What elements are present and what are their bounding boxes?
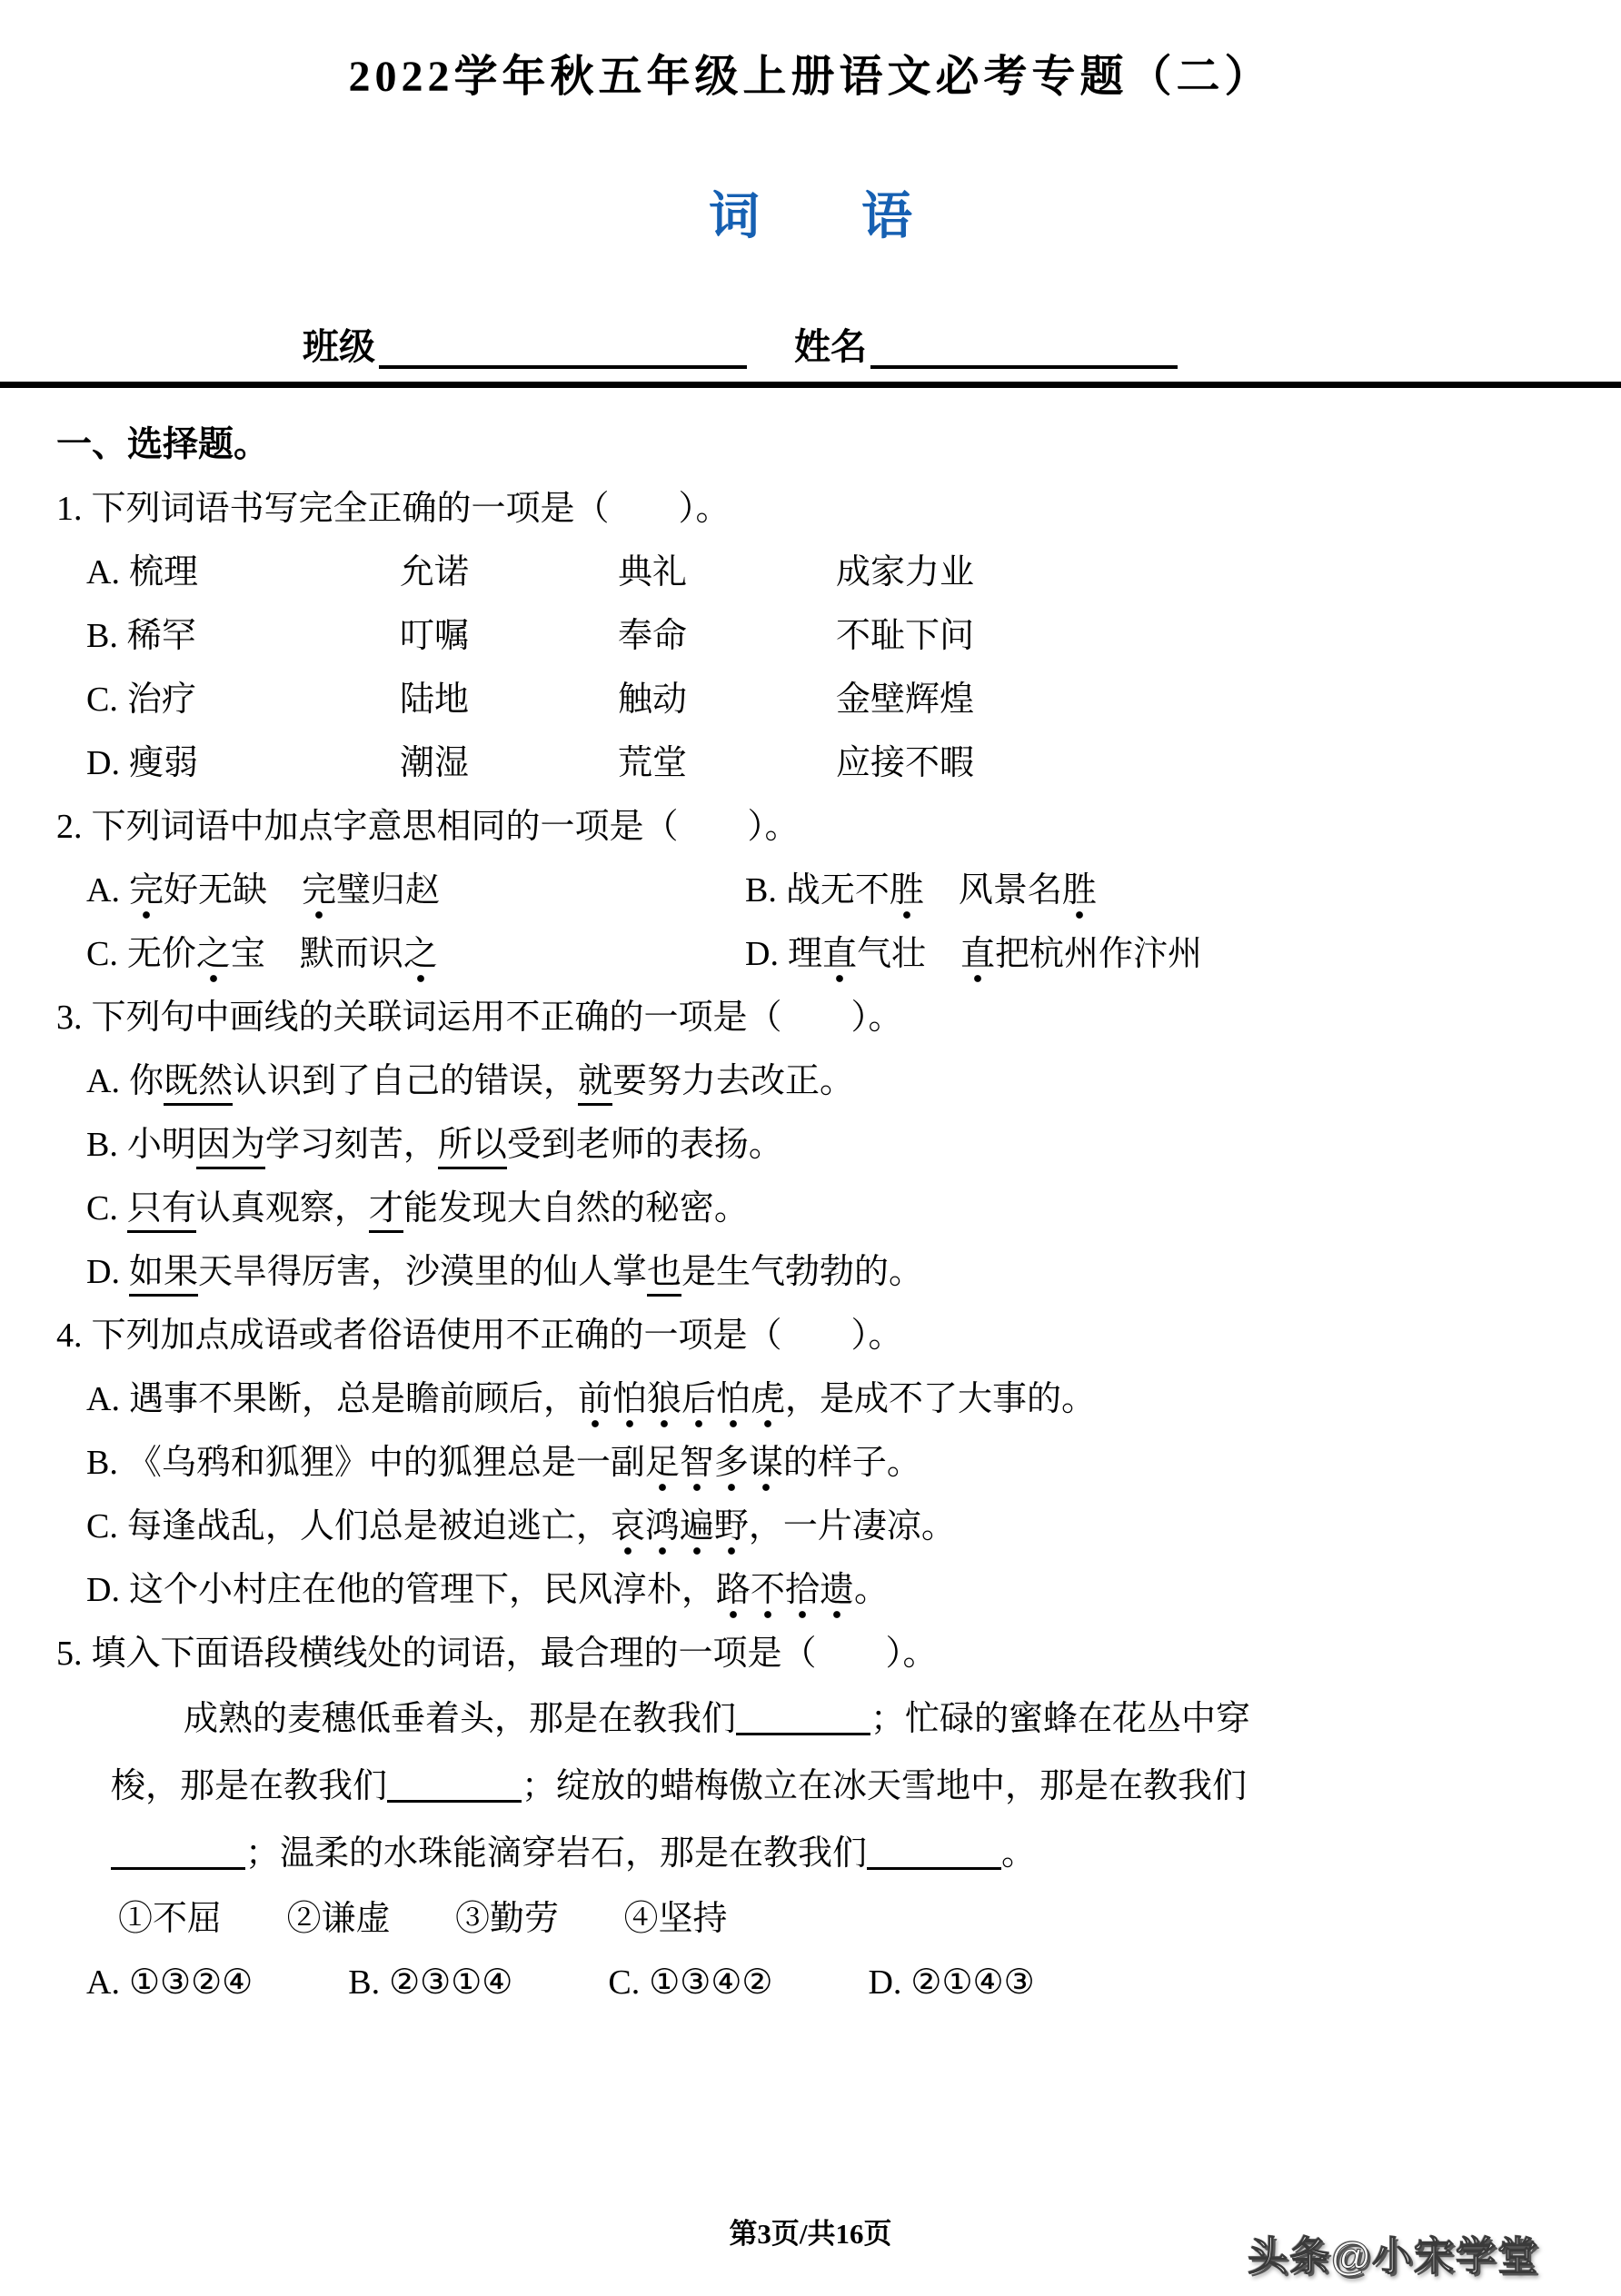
- page-title: 2022学年秋五年级上册语文必考专题（二）: [0, 0, 1621, 104]
- question-4-option-a: A.遇事不果断，总是瞻前顾后，前怕狼后怕虎，是成不了大事的。: [86, 1367, 1568, 1431]
- question-3-option-d: D.如果天旱得厉害，沙漠里的仙人掌也是生气勃勃的。: [86, 1240, 1568, 1304]
- option-word: 典礼: [618, 541, 836, 604]
- question-area: 一、选择题。 1.下列词语书写完全正确的一项是（ ）。 A.梳理 允诺 典礼 成…: [0, 388, 1621, 2014]
- answer-blank[interactable]: [867, 1867, 1001, 1870]
- option-b-sentence: 《乌鸦和狐狸》中的狐狸总是一副足智多谋的样子。: [127, 1444, 921, 1493]
- text-segment: 既然: [164, 1062, 233, 1106]
- text-segment: 成熟的麦穗低垂着头，那是在教我们: [184, 1700, 736, 1738]
- question-1-text: 下列词语书写完全正确的一项是（ ）。: [92, 490, 731, 528]
- text-segment: 好无缺: [164, 871, 302, 909]
- choice-b-label: B.: [348, 1963, 380, 2002]
- text-segment: 遇事不果断，总是瞻前顾后，: [129, 1380, 578, 1418]
- student-info-row: 班级 姓名: [303, 323, 1621, 369]
- question-4-option-b: B.《乌鸦和狐狸》中的狐狸总是一副足智多谋的样子。: [86, 1431, 1568, 1495]
- question-3: 3.下列句中画线的关联词运用不正确的一项是（ ）。 A.你既然认识到了自己的错误…: [56, 986, 1568, 1304]
- answer-blank[interactable]: [111, 1867, 245, 1870]
- text-segment: 这个小村庄在他的管理下，民风淳朴，: [129, 1571, 716, 1609]
- option-b-words: 战无不胜 风景名胜: [786, 871, 1097, 920]
- option-b-label: B.: [86, 617, 118, 655]
- option-b-label: B.: [745, 871, 777, 909]
- text-segment: 小明: [127, 1126, 196, 1164]
- option-word: 荒堂: [618, 731, 836, 795]
- question-2-row-ab: A.完好无缺 完璧归赵 B.战无不胜 风景名胜: [86, 859, 1568, 922]
- question-3-text: 下列句中画线的关联词运用不正确的一项是（ ）。: [92, 999, 903, 1037]
- text-segment: 风景名: [924, 871, 1062, 909]
- text-segment: 认识到了自己的错误，: [233, 1062, 578, 1100]
- question-4-text: 下列加点成语或者俗语使用不正确的一项是（ ）。: [92, 1317, 903, 1355]
- name-field-label: 姓名: [794, 325, 867, 369]
- question-3-stem: 3.下列句中画线的关联词运用不正确的一项是（ ）。: [56, 986, 1568, 1049]
- text-segment: 你: [129, 1062, 164, 1100]
- question-3-option-c: C.只有认真观察，才能发现大自然的秘密。: [86, 1177, 1568, 1240]
- option-a-words: 完好无缺 完璧归赵: [129, 871, 440, 920]
- question-2-text: 下列词语中加点字意思相同的一项是（ ）。: [92, 808, 800, 846]
- text-segment: 完: [302, 871, 336, 920]
- option-d: D.理直气壮 直把杭州作汴州: [745, 922, 1202, 986]
- option-word: 叮嘱: [400, 604, 618, 668]
- text-segment: ，是成不了大事的。: [785, 1380, 1096, 1418]
- choice-b: B.②③①④: [348, 1951, 512, 2014]
- answer-blank[interactable]: [387, 1800, 522, 1803]
- question-5-stem: 5.填入下面语段横线处的词语，最合理的一项是（ ）。: [56, 1622, 1568, 1685]
- option-word: 应接不暇: [836, 731, 1568, 795]
- choice-d: D.②①④③: [868, 1951, 1034, 2014]
- question-1-option-d: D.瘦弱 潮湿 荒堂 应接不暇: [86, 731, 1568, 795]
- question-3-option-b: B.小明因为学习刻苦，所以受到老师的表扬。: [86, 1113, 1568, 1177]
- name-fill-line[interactable]: [870, 323, 1178, 369]
- text-segment: 《乌鸦和狐狸》中的狐狸总是一副: [127, 1444, 645, 1482]
- question-5: 5.填入下面语段横线处的词语，最合理的一项是（ ）。 成熟的麦穗低垂着头，那是在…: [56, 1622, 1568, 2014]
- text-segment: 完: [129, 871, 164, 920]
- option-c: C.无价之宝 默而识之: [86, 922, 745, 986]
- option-word: 稀罕: [127, 617, 196, 655]
- question-1-stem: 1.下列词语书写完全正确的一项是（ ）。: [56, 477, 1568, 541]
- option-c-sentence: 只有认真观察，才能发现大自然的秘密。: [127, 1189, 749, 1233]
- choice-a-label: A.: [86, 1963, 120, 2002]
- option-word: 治疗: [127, 681, 196, 719]
- choice-b-value: ②③①④: [389, 1963, 512, 2002]
- question-4-number: 4.: [56, 1317, 83, 1355]
- question-1-option-a: A.梳理 允诺 典礼 成家力业: [86, 541, 1568, 604]
- text-segment: ；绽放的蜡梅傲立在冰天雪地中，那是在教我们: [522, 1767, 1247, 1805]
- text-segment: 战无不: [786, 871, 890, 909]
- text-segment: 受到老师的表扬。: [507, 1126, 783, 1164]
- word-bank-item-1: ①不屈: [118, 1900, 222, 1938]
- option-a: A.完好无缺 完璧归赵: [86, 859, 745, 922]
- word-bank-item-4: ④坚持: [624, 1900, 728, 1938]
- text-segment: 之: [403, 935, 438, 984]
- text-segment: 要努力去改正。: [612, 1062, 854, 1100]
- text-segment: 如果: [129, 1253, 198, 1297]
- question-5-passage: 成熟的麦穗低垂着头，那是在教我们；忙碌的蜜蜂在花丛中穿梭，那是在教我们；绽放的蜡…: [111, 1685, 1260, 1887]
- option-a-label: A.: [86, 1062, 120, 1100]
- option-c-sentence: 每逢战乱，人们总是被迫逃亡，哀鸿遍野，一片凄凉。: [127, 1507, 956, 1556]
- option-word: 瘦弱: [129, 744, 198, 782]
- choice-d-label: D.: [868, 1963, 901, 2002]
- option-b-label: B.: [86, 1444, 118, 1482]
- option-c-label: C.: [86, 681, 118, 719]
- worksheet-page: 2022学年秋五年级上册语文必考专题（二） 词 语 班级 姓名 一、选择题。 1…: [0, 0, 1621, 2296]
- question-1-option-b: B.稀罕 叮嘱 奉命 不耻下问: [86, 604, 1568, 668]
- text-segment: 每逢战乱，人们总是被迫逃亡，: [127, 1507, 611, 1546]
- choice-d-value: ②①④③: [910, 1963, 1034, 2002]
- option-cell: A.梳理: [86, 541, 400, 604]
- text-segment: 因为: [196, 1126, 265, 1169]
- text-segment: 璧归赵: [336, 871, 440, 909]
- text-segment: 足智多谋: [645, 1444, 783, 1493]
- text-segment: 的样子。: [783, 1444, 921, 1482]
- option-c-label: C.: [86, 935, 118, 973]
- option-word: 触动: [618, 668, 836, 731]
- question-5-number: 5.: [56, 1635, 83, 1673]
- question-2: 2.下列词语中加点字意思相同的一项是（ ）。 A.完好无缺 完璧归赵 B.战无不…: [56, 795, 1568, 986]
- text-segment: 才: [369, 1189, 403, 1233]
- question-2-row-cd: C.无价之宝 默而识之 D.理直气壮 直把杭州作汴州: [86, 922, 1568, 986]
- option-d-label: D.: [86, 1571, 120, 1609]
- text-segment: 路不拾遗: [716, 1571, 854, 1620]
- text-segment: 学习刻苦，: [265, 1126, 438, 1164]
- text-segment: 宝 默而识: [231, 935, 403, 973]
- text-segment: 能发现大自然的秘密。: [403, 1189, 749, 1228]
- text-segment: 把杭州作汴州: [995, 935, 1202, 973]
- option-a-label: A.: [86, 553, 120, 591]
- option-c-label: C.: [86, 1507, 118, 1546]
- choice-c-label: C.: [608, 1963, 640, 2002]
- question-3-option-a: A.你既然认识到了自己的错误，就要努力去改正。: [86, 1049, 1568, 1113]
- option-a-sentence: 遇事不果断，总是瞻前顾后，前怕狼后怕虎，是成不了大事的。: [129, 1380, 1096, 1429]
- text-segment: 只有: [127, 1189, 196, 1233]
- option-d-sentence: 这个小村庄在他的管理下，民风淳朴，路不拾遗。: [129, 1571, 889, 1620]
- text-segment: 气壮: [857, 935, 960, 973]
- text-segment: 。: [1001, 1834, 1036, 1873]
- word-bank-item-2: ②谦虚: [287, 1900, 391, 1938]
- question-5-word-bank: ①不屈 ②谦虚 ③勤劳 ④坚持: [118, 1887, 1568, 1951]
- text-segment: 直: [960, 935, 995, 984]
- question-5-text: 填入下面语段横线处的词语，最合理的一项是（ ）。: [92, 1635, 938, 1673]
- text-segment: 就: [578, 1062, 612, 1106]
- text-segment: 胜: [890, 871, 924, 920]
- choice-c: C.①③④②: [608, 1951, 772, 2014]
- option-word: 潮湿: [400, 731, 618, 795]
- choice-a-value: ①③②④: [129, 1963, 253, 2002]
- question-1-number: 1.: [56, 490, 83, 528]
- text-segment: 之: [196, 935, 231, 984]
- option-d-label: D.: [86, 1253, 120, 1291]
- text-segment: 。: [854, 1571, 889, 1609]
- option-cell: B.稀罕: [86, 604, 400, 668]
- question-1-option-c: C.治疗 陆地 触动 金壁辉煌: [86, 668, 1568, 731]
- option-word: 金壁辉煌: [836, 668, 1568, 731]
- option-word: 允诺: [400, 541, 618, 604]
- text-segment: 认真观察，: [196, 1189, 369, 1228]
- option-b: B.战无不胜 风景名胜: [745, 859, 1097, 922]
- option-word: 陆地: [400, 668, 618, 731]
- option-d-label: D.: [86, 744, 120, 782]
- text-segment: 胜: [1062, 871, 1097, 920]
- option-a-sentence: 你既然认识到了自己的错误，就要努力去改正。: [129, 1062, 854, 1106]
- text-segment: 直: [822, 935, 857, 984]
- option-d-words: 理直气壮 直把杭州作汴州: [788, 935, 1202, 984]
- page-subtitle: 词 语: [0, 187, 1621, 247]
- option-word: 梳理: [129, 553, 198, 591]
- option-cell: C.治疗: [86, 668, 400, 731]
- option-b-label: B.: [86, 1126, 118, 1164]
- class-fill-line[interactable]: [379, 323, 747, 369]
- option-cell: D.瘦弱: [86, 731, 400, 795]
- header-divider: [0, 382, 1621, 388]
- text-segment: ，一片凄凉。: [749, 1507, 956, 1546]
- text-segment: 前怕狼后怕虎: [578, 1380, 785, 1429]
- question-4-stem: 4.下列加点成语或者俗语使用不正确的一项是（ ）。: [56, 1304, 1568, 1367]
- choice-a: A.①③②④: [86, 1951, 253, 2014]
- option-word: 奉命: [618, 604, 836, 668]
- option-b-sentence: 小明因为学习刻苦，所以受到老师的表扬。: [127, 1126, 783, 1169]
- choice-c-value: ①③④②: [649, 1963, 772, 2002]
- text-segment: ；温柔的水珠能滴穿岩石，那是在教我们: [245, 1834, 867, 1873]
- text-segment: 是生气勃勃的。: [681, 1253, 923, 1291]
- text-segment: 天旱得厉害，沙漠里的仙人掌: [198, 1253, 647, 1291]
- text-segment: 无价: [127, 935, 196, 973]
- text-segment: 所以: [438, 1126, 507, 1169]
- option-a-label: A.: [86, 871, 120, 909]
- text-segment: 哀鸿遍野: [611, 1507, 749, 1556]
- text-segment: 也: [647, 1253, 681, 1297]
- option-word: 成家力业: [836, 541, 1568, 604]
- option-d-sentence: 如果天旱得厉害，沙漠里的仙人掌也是生气勃勃的。: [129, 1253, 923, 1297]
- question-5-choices: A.①③②④ B.②③①④ C.①③④② D.②①④③: [86, 1951, 1568, 2014]
- option-word: 不耻下问: [836, 604, 1568, 668]
- answer-blank[interactable]: [736, 1733, 870, 1735]
- word-bank-item-3: ③勤劳: [455, 1900, 559, 1938]
- watermark: 头条@小宋学堂: [1248, 2223, 1539, 2281]
- question-2-stem: 2.下列词语中加点字意思相同的一项是（ ）。: [56, 795, 1568, 859]
- question-4: 4.下列加点成语或者俗语使用不正确的一项是（ ）。 A.遇事不果断，总是瞻前顾后…: [56, 1304, 1568, 1622]
- option-c-label: C.: [86, 1189, 118, 1228]
- question-2-number: 2.: [56, 808, 83, 846]
- question-3-number: 3.: [56, 999, 83, 1037]
- class-field-label: 班级: [303, 325, 375, 369]
- question-4-option-d: D.这个小村庄在他的管理下，民风淳朴，路不拾遗。: [86, 1558, 1568, 1622]
- option-a-label: A.: [86, 1380, 120, 1418]
- option-d-label: D.: [745, 935, 779, 973]
- question-4-option-c: C.每逢战乱，人们总是被迫逃亡，哀鸿遍野，一片凄凉。: [86, 1495, 1568, 1558]
- option-c-words: 无价之宝 默而识之: [127, 935, 438, 984]
- section-heading: 一、选择题。: [56, 413, 1568, 477]
- text-segment: 理: [788, 935, 822, 973]
- question-1: 1.下列词语书写完全正确的一项是（ ）。 A.梳理 允诺 典礼 成家力业 B.稀…: [56, 477, 1568, 795]
